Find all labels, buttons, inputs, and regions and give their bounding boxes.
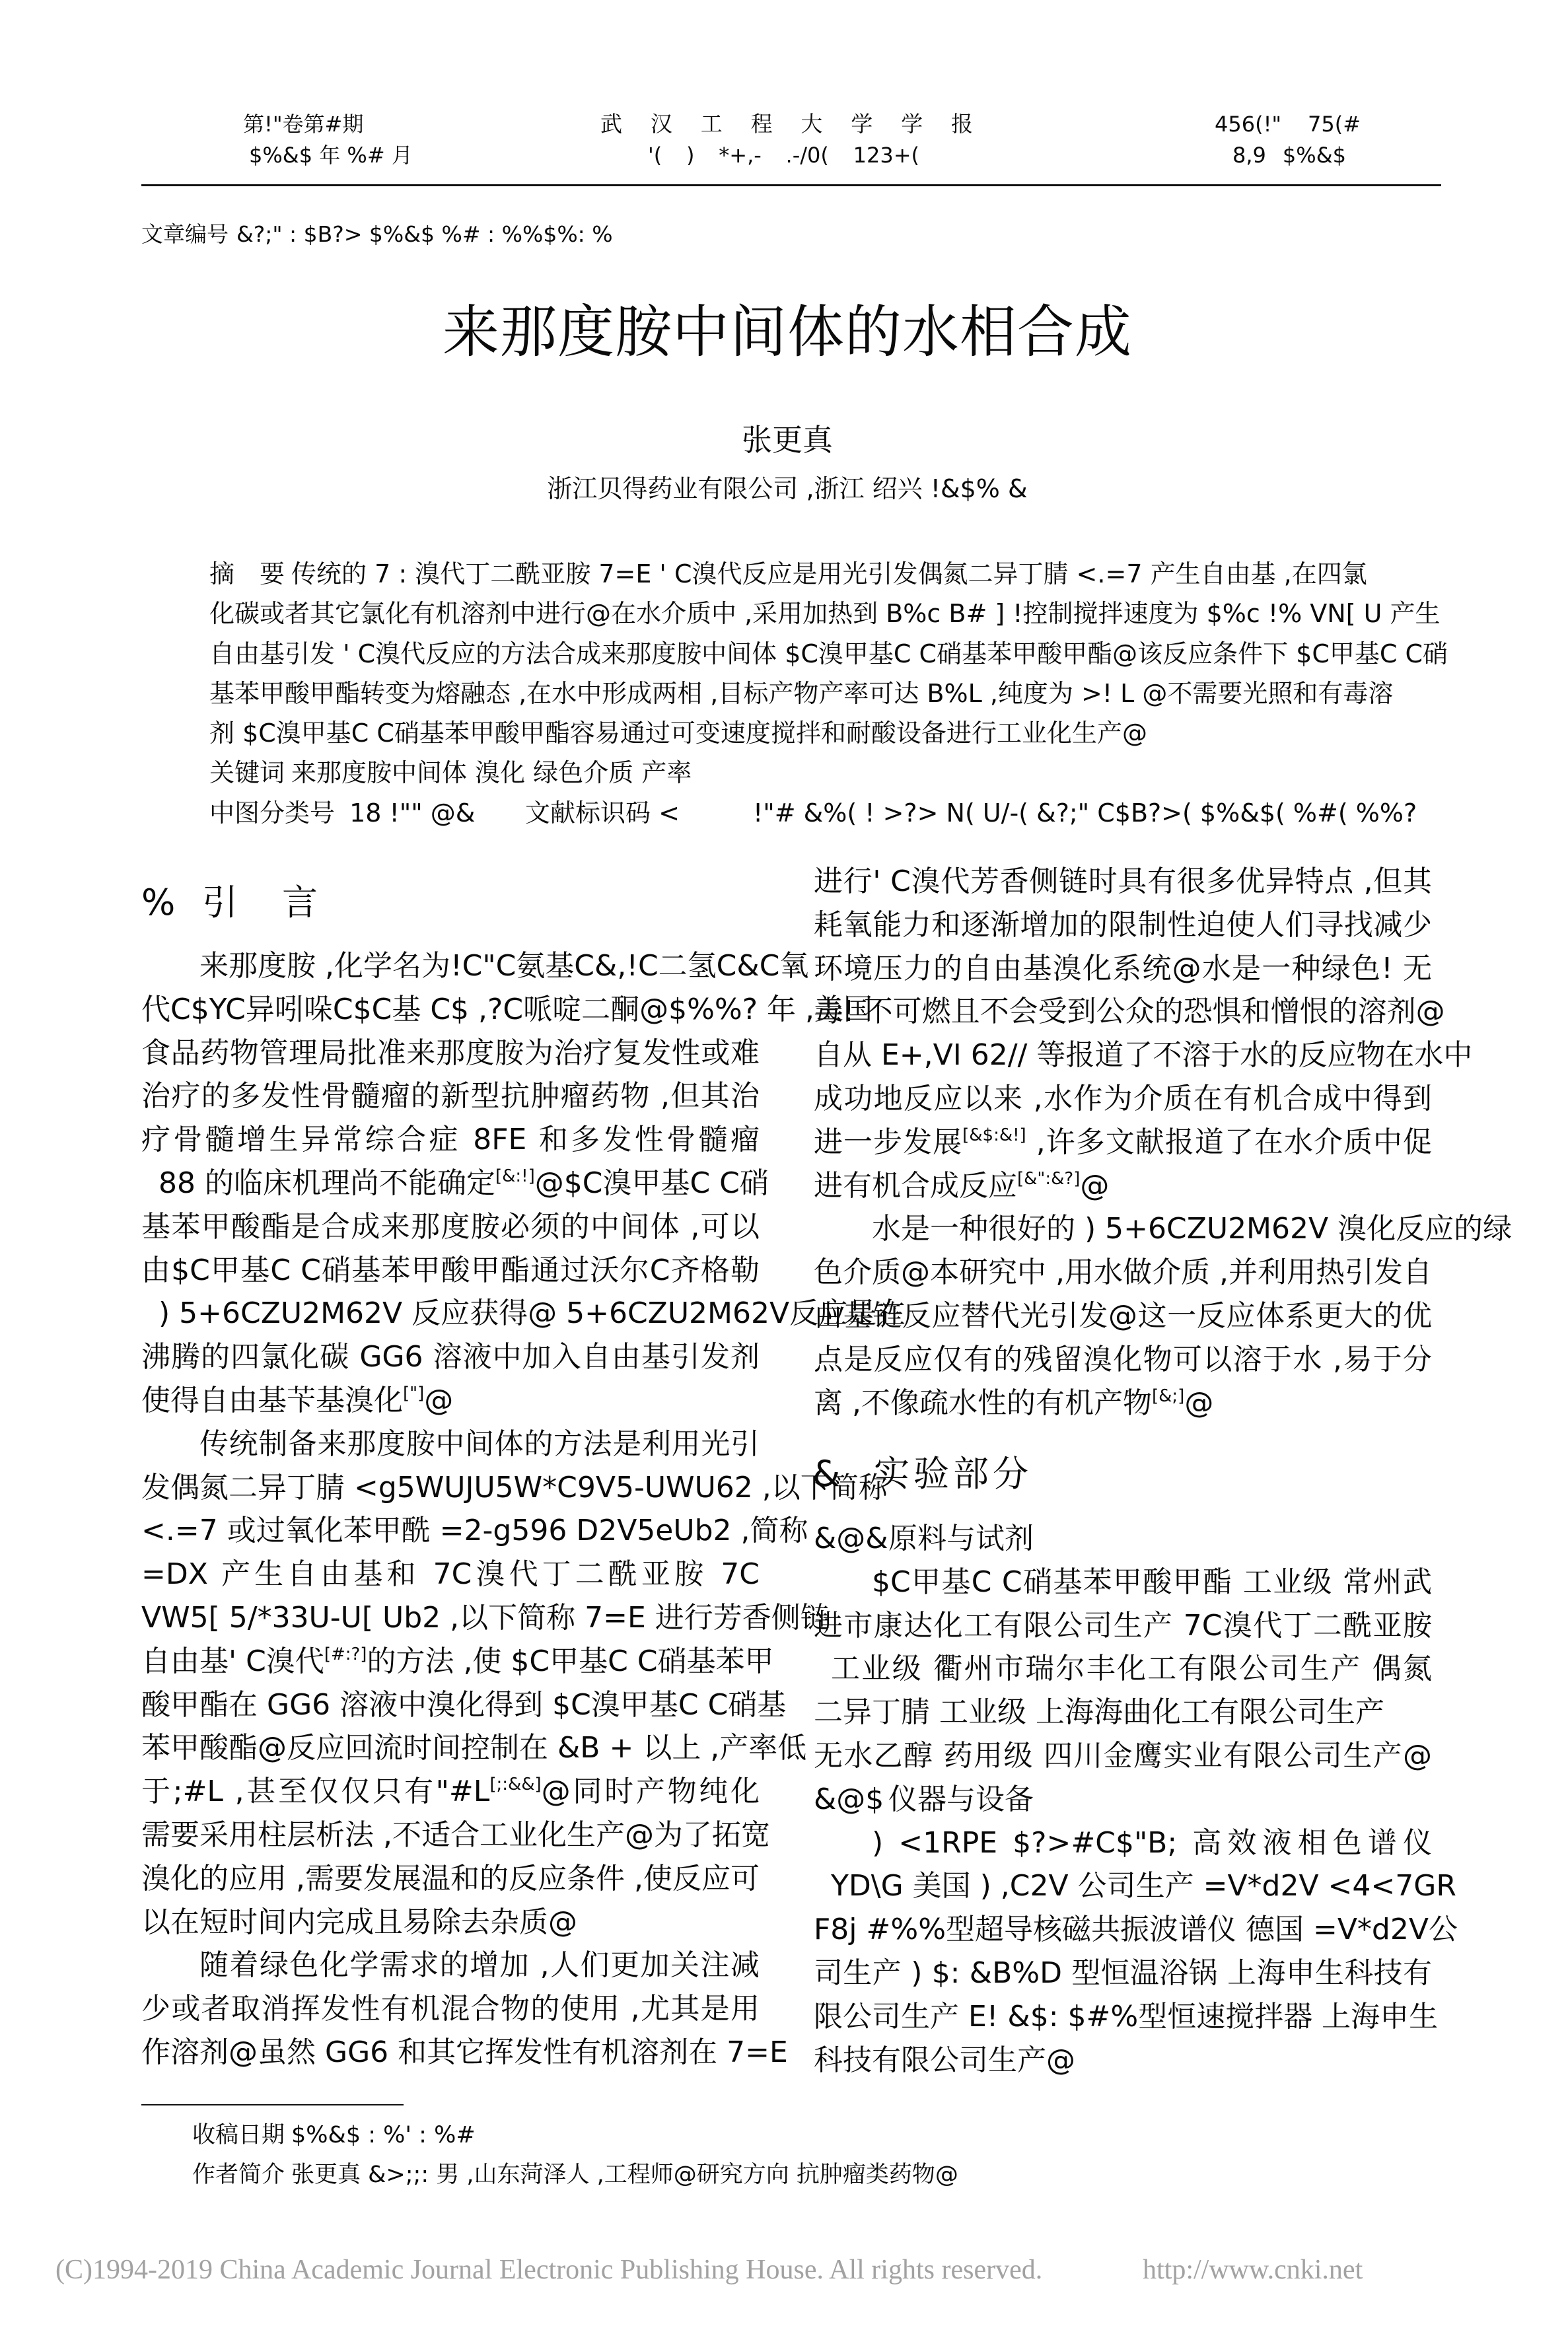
- subsection-title: 原料与试剂: [888, 1522, 1034, 1555]
- right-column-bottom: &@&原料与试剂 $C甲基C C硝基苯甲酸甲酯 工业级 常州武 进市康达化工有限…: [814, 1517, 1432, 2082]
- keywords-value: 来那度胺中间体 溴化 绿色介质 产率: [291, 758, 692, 787]
- citation-superscript: [#:?]: [324, 1644, 367, 1664]
- clc-label: 中图分类号: [209, 798, 335, 828]
- body-line: 以在短时间内完成且易除去杂质@: [141, 1901, 760, 1944]
- line-text: @: [1080, 1169, 1109, 1203]
- keywords-line: 关键词来那度胺中间体 溴化 绿色介质 产率: [209, 753, 1361, 793]
- author-name: 张更真: [141, 420, 1433, 460]
- footnote-author-bio: 作者简介张更真 &>;;: 男 ,山东菏泽人 ,工程师@研究方向 抗肿瘤类药物@: [192, 2162, 958, 2188]
- body-line: YD\G 美国 ) ,C2V 公司生产 =V*d2V <4<7GR: [814, 1864, 1432, 1908]
- left-column: 来那度胺 ,化学名为!C"C氨基C&,!C二氢C&C氧 代C$YC异吲哚C$C基…: [141, 944, 760, 2074]
- section-title: 引言: [202, 876, 362, 929]
- body-line: 作溶剂@虽然 GG6 和其它挥发性有机溶剂在 7=E: [141, 2031, 760, 2074]
- line-text: 自由基' C溴代: [141, 1644, 324, 1678]
- abstract-line: 摘 要传统的 7 : 溴代丁二酰亚胺 7=E ' C溴代反应是用光引发偶氮二异丁…: [209, 554, 1361, 594]
- body-line: 少或者取消挥发性有机混合物的使用 ,尤其是用: [141, 1987, 760, 2031]
- header-vol-no-en: 456(!" 75(#: [1215, 111, 1361, 137]
- body-line: 由$C甲基C C硝基苯甲酸甲酯通过沃尔C齐格勒: [141, 1249, 760, 1292]
- citation-superscript: [&:!]: [495, 1166, 535, 1186]
- doi-value: !"# &%( ! >?> N( U/-( &?;" C$B?>( $%&$( …: [753, 793, 1417, 833]
- body-line: 进有机合成反应[&":&?]@: [814, 1164, 1432, 1208]
- body-line: 88 的临床机理尚不能确定[&:!]@$C溴甲基C C硝: [141, 1162, 760, 1205]
- body-line: 由基链反应替代光引发@这一反应体系更大的优: [814, 1294, 1432, 1338]
- header-journal-name-en: '( ) *+,- .-/0( 123+(: [648, 142, 919, 168]
- body-line: 代C$YC异吲哚C$C基 C$ ,?C哌啶二酮@$%%? 年 ,美国: [141, 988, 760, 1032]
- citation-superscript: [&$:&!]: [962, 1125, 1026, 1145]
- doc-code-value: <: [659, 798, 680, 828]
- abstract-line: 化碳或者其它氯化有机溶剂中进行@在水介质中 ,采用加热到 B%c B# ] !控…: [209, 594, 1361, 633]
- bio-label: 作者简介: [192, 2162, 285, 2188]
- subsection-title: 仪器与设备: [888, 1783, 1034, 1816]
- line-text: 的方法 ,使 $C甲基C C硝基苯甲: [367, 1644, 773, 1678]
- body-line: 苯甲酸酯@反应回流时间控制在 &B + 以上 ,产率低: [141, 1726, 760, 1770]
- section-heading-introduction: % 引言: [141, 876, 760, 929]
- body-line: 无水乙醇 药用级 四川金鹰实业有限公司生产@: [814, 1734, 1432, 1778]
- body-line: VW5[ 5/*33U-U[ Ub2 ,以下简称 7=E 进行芳香侧链: [141, 1596, 760, 1640]
- body-line: <.=7 或过氧化苯甲酰 =2-g596 D2V5eUb2 ,简称: [141, 1509, 760, 1553]
- article-number: 文章编号&?;" : $B?> $%&$ %# : %%$%: %: [141, 221, 613, 248]
- body-line: 基苯甲酸酯是合成来那度胺必须的中间体 ,可以: [141, 1205, 760, 1249]
- body-line: 溴化的应用 ,需要发展温和的反应条件 ,使反应可: [141, 1857, 760, 1901]
- header-volume-issue: 第!"卷第#期: [243, 111, 363, 137]
- body-line: 自由基' C溴代[#:?]的方法 ,使 $C甲基C C硝基苯甲: [141, 1640, 760, 1683]
- body-line: 离 ,不像疏水性的有机产物[&;]@: [814, 1382, 1432, 1425]
- body-line: F8j #%%型超导核磁共振波谱仪 德国 =V*d2V公: [814, 1908, 1432, 1952]
- section-heading-experimental: & 实验部分: [812, 1448, 1433, 1501]
- body-line: 食品药物管理局批准来那度胺为治疗复发性或难: [141, 1032, 760, 1075]
- body-line: 成功地反应以来 ,水作为介质在有机合成中得到: [814, 1077, 1432, 1121]
- citation-superscript: [&":&?]: [1017, 1169, 1080, 1189]
- abstract-line: 自由基引发 ' C溴代反应的方法合成来那度胺中间体 $C溴甲基C C硝基苯甲酸甲…: [209, 634, 1361, 674]
- subsection-number: &@$: [814, 1778, 888, 1821]
- body-line: 酸甲酯在 GG6 溶液中溴化得到 $C溴甲基C C硝基: [141, 1683, 760, 1727]
- bio-value: 张更真 &>;;: 男 ,山东菏泽人 ,工程师@研究方向 抗肿瘤类药物@: [291, 2162, 958, 2188]
- article-number-value: &?;" : $B?> $%&$ %# : %%$%: %: [236, 221, 613, 247]
- body-line: 疗骨髓增生异常综合症 8FE 和多发性骨髓瘤: [141, 1118, 760, 1162]
- body-line: 随着绿色化学需求的增加 ,人们更加关注减: [141, 1944, 760, 1987]
- body-line: 沸腾的四氯化碳 GG6 溶液中加入自由基引发剂: [141, 1335, 760, 1379]
- subsection-heading-instruments: &@$仪器与设备: [814, 1778, 1432, 1821]
- body-line: 进市康达化工有限公司生产 7C溴代丁二酰亚胺: [814, 1604, 1432, 1648]
- abstract-text: 传统的 7 : 溴代丁二酰亚胺 7=E ' C溴代反应是用光引发偶氮二异丁腈 <…: [291, 559, 1367, 588]
- citation-superscript: ["]: [403, 1384, 424, 1403]
- line-text: @同时产物纯化: [542, 1775, 760, 1808]
- copyright-notice: (C)1994-2019 China Academic Journal Elec…: [55, 2253, 1042, 2286]
- received-label: 收稿日期: [192, 2122, 285, 2148]
- paper-title: 来那度胺中间体的水相合成: [141, 299, 1433, 365]
- section-number: &: [812, 1448, 840, 1501]
- line-text: 使得自由基苄基溴化: [141, 1384, 403, 1417]
- footnote-rule: [141, 2104, 404, 2105]
- keywords-label: 关键词: [209, 758, 285, 787]
- body-line: 进一步发展[&$:&!] ,许多文献报道了在水介质中促: [814, 1121, 1432, 1164]
- right-column-top: 进行' C溴代芳香侧链时具有很多优异特点 ,但其 耗氧能力和逐渐增加的限制性迫使…: [814, 860, 1432, 1425]
- header-journal-name: 武汉工程大学学报: [600, 111, 973, 137]
- line-text: @$C溴甲基C C硝: [535, 1166, 769, 1200]
- citation-superscript: [&;]: [1152, 1386, 1184, 1406]
- body-line: 毒! 不可燃且不会受到公众的恐惧和憎恨的溶剂@: [814, 990, 1432, 1034]
- author-affiliation: 浙江贝得药业有限公司 ,浙江 绍兴 !&$% &: [141, 476, 1433, 502]
- classification-line: 中图分类号 18 !"" @& 文献标识码 < !"# &%( ! >?> N(…: [209, 793, 1361, 833]
- line-text: @: [1184, 1386, 1213, 1420]
- body-line: 水是一种很好的 ) 5+6CZU2M62V 溴化反应的绿: [814, 1207, 1432, 1251]
- body-line: 治疗的多发性骨髓瘤的新型抗肿瘤药物 ,但其治: [141, 1075, 760, 1118]
- website-url: http://www.cnki.net: [1143, 2253, 1363, 2286]
- doc-code-segment: 文献标识码 <: [525, 793, 680, 833]
- body-line: 限公司生产 E! &$: $#%型恒速搅拌器 上海申生: [814, 1995, 1432, 2039]
- line-text: 离 ,不像疏水性的有机产物: [814, 1386, 1152, 1420]
- subsection-number: &@&: [814, 1517, 888, 1561]
- body-line: 自从 E+,VI 62// 等报道了不溶于水的反应物在水中: [814, 1034, 1432, 1077]
- section-title: 实验部分: [874, 1448, 1032, 1501]
- citation-superscript: [;:&&]: [489, 1775, 541, 1794]
- received-value: $%&$ : %' : %#: [291, 2122, 476, 2148]
- body-line: 科技有限公司生产@: [814, 2039, 1432, 2082]
- clc-segment: 中图分类号 18 !"" @&: [209, 793, 475, 833]
- line-text: 88 的临床机理尚不能确定: [159, 1166, 495, 1200]
- abstract-line: 基苯甲酸甲酯转变为熔融态 ,在水中形成两相 ,目标产物产率可达 B%L ,纯度为…: [209, 674, 1361, 713]
- section-number: %: [141, 876, 175, 929]
- body-line: 色介质@本研究中 ,用水做介质 ,并利用热引发自: [814, 1251, 1432, 1294]
- body-line: 工业级 衢州市瑞尔丰化工有限公司生产 偶氮: [814, 1647, 1432, 1691]
- abstract-line: 剂 $C溴甲基C C硝基苯甲酸甲酯容易通过可变速度搅拌和耐酸设备进行工业化生产@: [209, 713, 1361, 753]
- abstract-block: 摘 要传统的 7 : 溴代丁二酰亚胺 7=E ' C溴代反应是用光引发偶氮二异丁…: [209, 554, 1361, 833]
- body-line: =DX 产生自由基和 7C溴代丁二酰亚胺 7C: [141, 1553, 760, 1596]
- abstract-label: 摘 要: [209, 559, 285, 588]
- body-line: 点是反应仅有的残留溴化物可以溶于水 ,易于分: [814, 1338, 1432, 1382]
- body-line: 使得自由基苄基溴化["]@: [141, 1379, 760, 1423]
- body-line: 发偶氮二异丁腈 <g5WUJU5W*C9V5-UWU62 ,以下简称: [141, 1466, 760, 1510]
- header-year-month: $%&$ 年 %# 月: [249, 142, 413, 168]
- body-line: ) 5+6CZU2M62V 反应获得@ 5+6CZU2M62V反应是在: [141, 1292, 760, 1335]
- line-text: @: [424, 1384, 453, 1417]
- body-line: $C甲基C C硝基苯甲酸甲酯 工业级 常州武: [814, 1561, 1432, 1604]
- line-text: 于;#L ,甚至仅仅只有"#L: [141, 1775, 489, 1808]
- body-line: ) <1RPE $?>#C$"B; 高效液相色谱仪: [814, 1821, 1432, 1865]
- footnote-received-date: 收稿日期$%&$ : %' : %#: [192, 2122, 476, 2148]
- body-line: 传统制备来那度胺中间体的方法是利用光引: [141, 1423, 760, 1466]
- doc-code-label: 文献标识码: [525, 798, 651, 828]
- body-line: 来那度胺 ,化学名为!C"C氨基C&,!C二氢C&C氧: [141, 944, 760, 988]
- clc-value: 18 !"" @&: [349, 798, 475, 828]
- subsection-heading-materials: &@&原料与试剂: [814, 1517, 1432, 1561]
- body-line: 二异丁腈 工业级 上海海曲化工有限公司生产: [814, 1691, 1432, 1734]
- body-line: 进行' C溴代芳香侧链时具有很多优异特点 ,但其: [814, 860, 1432, 903]
- line-text: ,许多文献报道了在水介质中促: [1026, 1125, 1432, 1159]
- body-line: 司生产 ) $: &B%D 型恒温浴锅 上海申生科技有: [814, 1952, 1432, 1995]
- header-month-year-en: 8,9 $%&$: [1232, 142, 1346, 168]
- body-line: 环境压力的自由基溴化系统@水是一种绿色! 无: [814, 947, 1432, 991]
- line-text: 进一步发展: [814, 1125, 962, 1159]
- body-line: 于;#L ,甚至仅仅只有"#L[;:&&]@同时产物纯化: [141, 1770, 760, 1814]
- body-line: 需要采用柱层析法 ,不适合工业化生产@为了拓宽: [141, 1814, 760, 1857]
- article-number-label: 文章编号: [141, 221, 229, 247]
- header-rule: [141, 184, 1441, 186]
- line-text: 进有机合成反应: [814, 1169, 1017, 1203]
- body-line: 耗氧能力和逐渐增加的限制性迫使人们寻找减少: [814, 903, 1432, 947]
